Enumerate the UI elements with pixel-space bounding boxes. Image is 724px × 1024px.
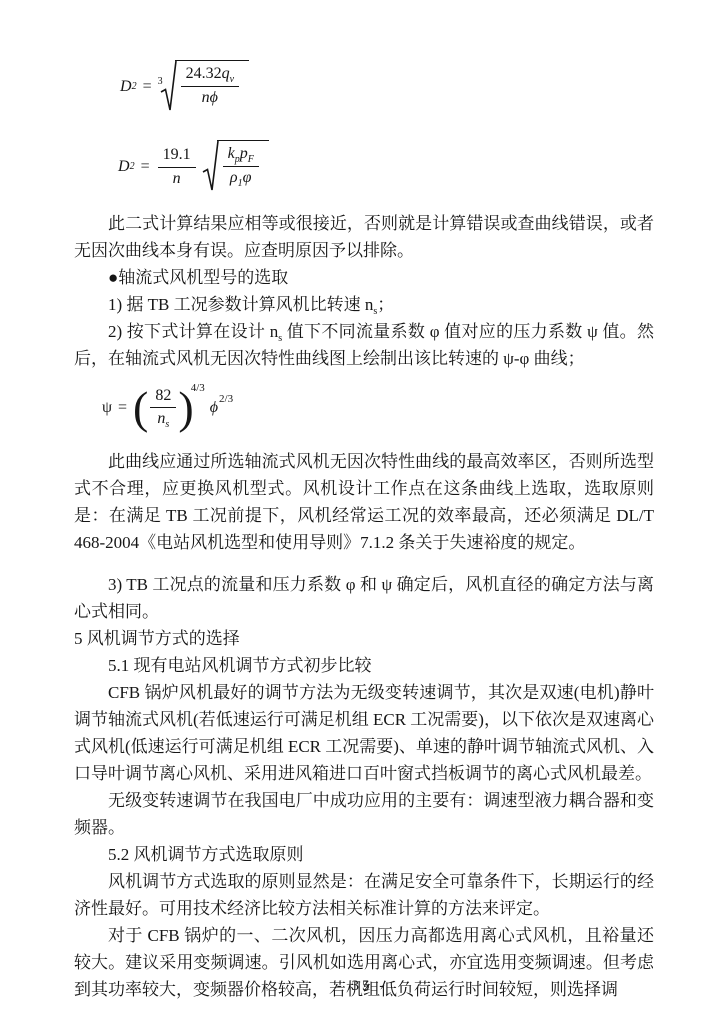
document-page: D2 = 3 24.32qv nϕ D2 = 19.1 n [0, 0, 724, 1024]
math-subscript: v [230, 74, 234, 85]
list-item-1: 1) 据 TB 工况参数计算风机比转速 ns； [74, 291, 654, 318]
math-subscript: s [165, 419, 169, 430]
math-variable: φ [243, 169, 252, 186]
radical-index: 3 [158, 76, 163, 88]
open-paren: ( [133, 384, 148, 432]
paragraph-two-formula-check: 此二式计算结果应相等或很接近，否则就是计算错误或查曲线错误，或者无因次曲线本身有… [74, 210, 654, 264]
square-root-radical: kppF ρ1φ [202, 140, 269, 194]
math-equals: = [118, 398, 127, 417]
math-variable: D [118, 157, 130, 176]
fraction: 19.1 n [158, 145, 196, 190]
formula-pressure-coefficient: ψ = ( 82 ns ) 4/3 ϕ 2/3 [102, 384, 654, 432]
fraction-denominator: n [173, 168, 181, 190]
math-variable: ψ [102, 398, 112, 417]
list-item-1-text: 1) 据 TB 工况参数计算风机比转速 n [108, 295, 373, 314]
list-item-2: 2) 按下式计算在设计 ns 值下不同流量系数 φ 值对应的压力系数 ψ 值。然… [74, 318, 654, 372]
fraction-numerator: 19.1 [158, 145, 196, 168]
fraction-numerator: kppF [223, 144, 259, 167]
math-subscript: F [248, 154, 254, 165]
math-variable: q [222, 65, 230, 82]
math-equals: = [143, 77, 152, 96]
cube-root-radical: 3 24.32qv nϕ [158, 60, 249, 114]
fraction-denominator: ρ1φ [230, 167, 252, 189]
fraction-numerator: 24.32qv [181, 64, 239, 87]
list-item-2-text: 2) 按下式计算在设计 n [108, 322, 278, 341]
paragraph-stepless-speed: 无级变转速调节在我国电厂中成功应用的主要有：调速型液力耦合器和变频器。 [74, 787, 654, 841]
math-exponent: 2/3 [219, 393, 233, 406]
section-heading-5-1: 5.1 现有电站风机调节方式初步比较 [74, 652, 654, 679]
math-variable: ϕ [210, 398, 218, 417]
section-heading-5: 5 风机调节方式的选择 [74, 625, 654, 652]
bullet-heading-axial-fan-model: ●轴流式风机型号的选取 [74, 264, 654, 291]
paragraph-curve-efficiency: 此曲线应通过所选轴流式风机无因次特性曲线的最高效率区，否则所选型式不合理，应更换… [74, 448, 654, 556]
fraction-numerator: 82 [150, 386, 176, 409]
math-variable: ρ [230, 169, 238, 186]
math-equals: = [141, 157, 150, 176]
list-item-3: 3) TB 工况点的流量和压力系数 φ 和 ψ 确定后，风机直径的确定方法与离心… [74, 571, 654, 625]
math-variable: D [120, 77, 132, 96]
list-item-1-tail: ； [377, 295, 394, 314]
paragraph-selection-principle: 风机调节方式选取的原则显然是：在满足安全可靠条件下，长期运行的经济性最好。可用技… [74, 868, 654, 922]
math-variable: p [240, 145, 248, 162]
fraction: kppF ρ1φ [223, 144, 259, 189]
math-variable: k [228, 145, 235, 162]
section-heading-5-2: 5.2 风机调节方式选取原则 [74, 841, 654, 868]
math-exponent: 4/3 [191, 382, 205, 395]
paragraph-cfb-regulation-ranking: CFB 锅炉风机最好的调节方法为无级变转速调节，其次是双速(电机)静叶调节轴流式… [74, 679, 654, 787]
fraction-denominator: ns [157, 408, 169, 430]
math-number: 24.32 [186, 65, 222, 82]
formula-impeller-diameter-flow: D2 = 3 24.32qv nϕ [120, 60, 654, 114]
radicand: 24.32qv nϕ [175, 60, 249, 109]
formula-impeller-diameter-pressure: D2 = 19.1 n kppF ρ1φ [118, 140, 654, 194]
fraction: 82 ns [150, 386, 176, 431]
math-subscript: 2 [132, 82, 137, 92]
fraction-denominator: nϕ [202, 87, 218, 109]
page-number: - 35 - [0, 973, 724, 1000]
math-subscript: 2 [130, 162, 135, 172]
fraction: 24.32qv nϕ [181, 64, 239, 109]
radicand: kppF ρ1φ [217, 140, 269, 189]
